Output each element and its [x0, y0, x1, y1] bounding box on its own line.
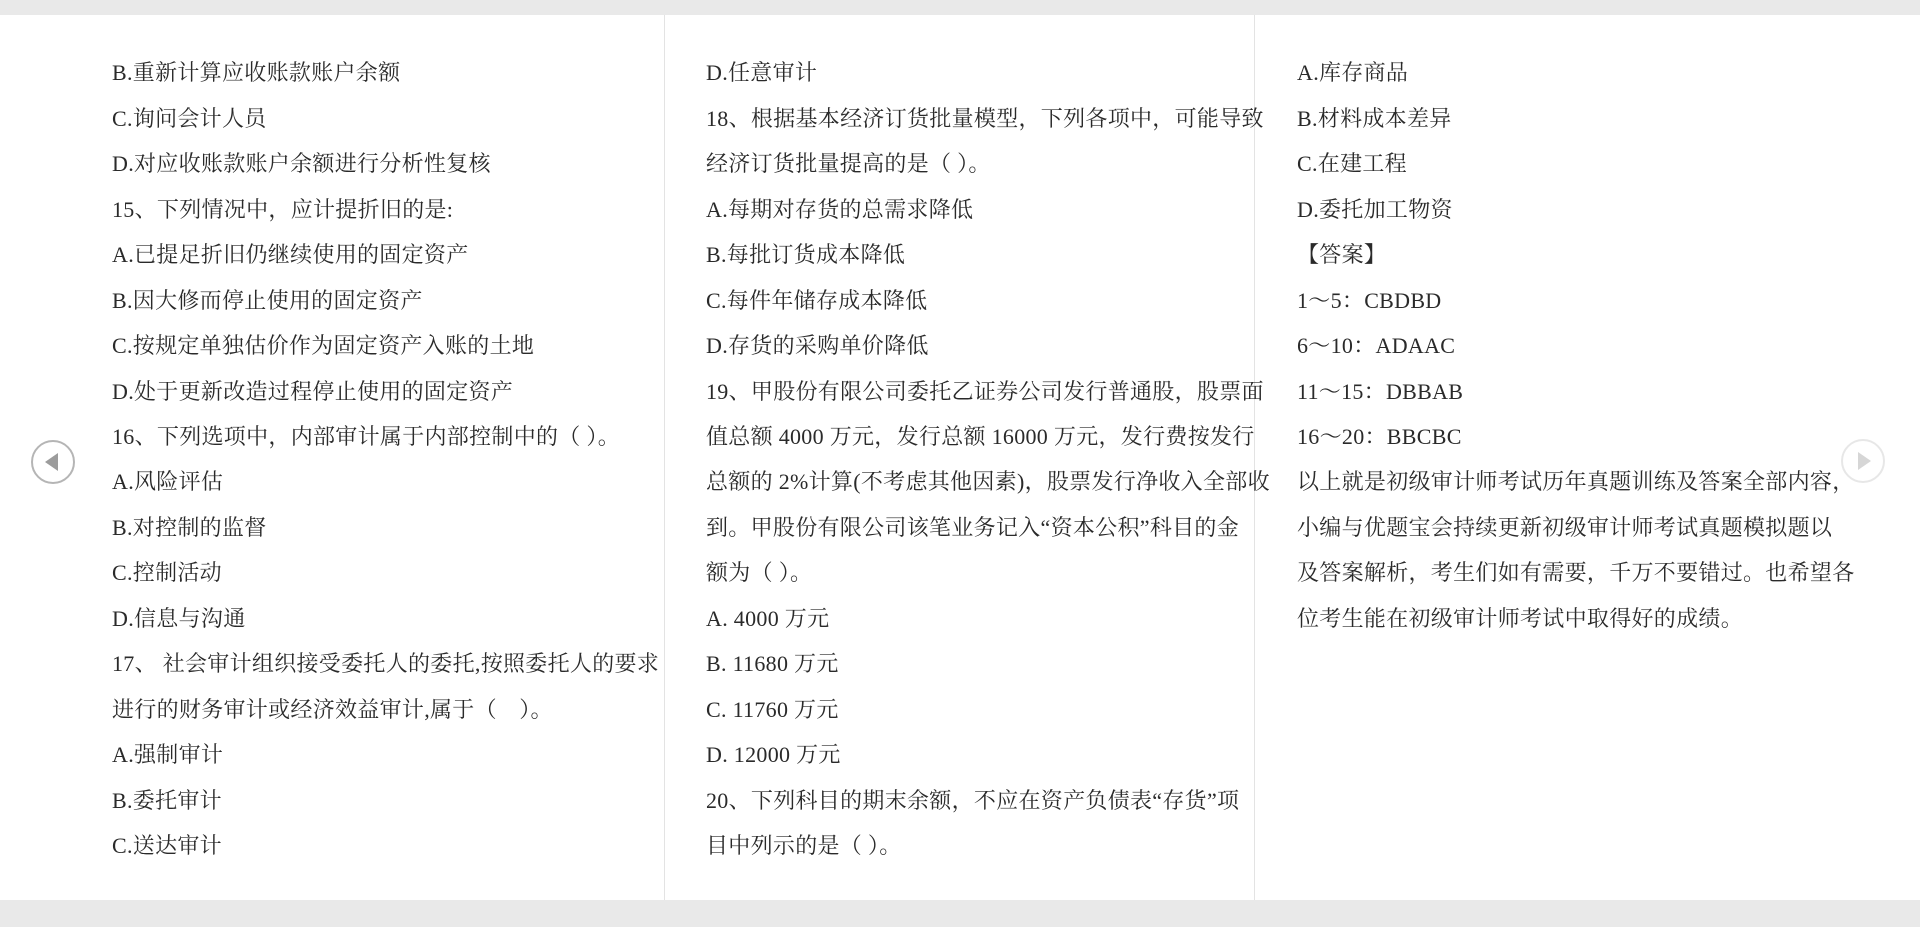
text-line: 11～15：DBBAB	[1297, 367, 1860, 412]
text-line: C.按规定单独估价作为固定资产入账的土地	[112, 322, 664, 367]
text-line: C.在建工程	[1297, 140, 1860, 185]
text-line: 17、 社会审计组织接受委托人的委托,按照委托人的要求	[112, 640, 664, 685]
text-line: 20、下列科目的期末余额，不应在资产负债表“存货”项	[706, 777, 1254, 822]
text-line: 16、下列选项中，内部审计属于内部控制中的（ ）。	[112, 413, 664, 458]
text-line: D.存货的采购单价降低	[706, 322, 1254, 367]
exam-column-2: D.任意审计18、根据基本经济订货批量模型，下列各项中，可能导致经济订货批量提高…	[665, 15, 1255, 900]
text-line: 进行的财务审计或经济效益审计,属于（ ）。	[112, 686, 664, 731]
text-line: B.对控制的监督	[112, 504, 664, 549]
text-line: 及答案解析，考生们如有需要，千万不要错过。也希望各	[1297, 549, 1860, 594]
text-line: B. 11680 万元	[706, 640, 1254, 685]
text-line: 位考生能在初级审计师考试中取得好的成绩。	[1297, 595, 1860, 640]
text-line: A.库存商品	[1297, 49, 1860, 94]
text-line: D.信息与沟通	[112, 595, 664, 640]
text-line: 6～10：ADAAC	[1297, 322, 1860, 367]
prev-page-button[interactable]	[31, 440, 75, 484]
text-line: C.控制活动	[112, 549, 664, 594]
text-line: 1～5：CBDBD	[1297, 276, 1860, 321]
top-bar	[0, 0, 1920, 15]
text-line: D.处于更新改造过程停止使用的固定资产	[112, 367, 664, 412]
exam-column-1: B.重新计算应收账款账户余额C.询问会计人员D.对应收账款账户余额进行分析性复核…	[0, 15, 665, 900]
bottom-bar	[0, 900, 1920, 927]
text-line: D.任意审计	[706, 49, 1254, 94]
text-line: C.询问会计人员	[112, 94, 664, 139]
text-line: 15、下列情况中，应计提折旧的是:	[112, 185, 664, 230]
text-line: D.对应收账款账户余额进行分析性复核	[112, 140, 664, 185]
text-line: C.每件年储存成本降低	[706, 276, 1254, 321]
text-line: B.因大修而停止使用的固定资产	[112, 276, 664, 321]
text-line: C.送达审计	[112, 822, 664, 867]
text-line: 18、根据基本经济订货批量模型，下列各项中，可能导致	[706, 94, 1254, 139]
text-line: 总额的 2%计算(不考虑其他因素)，股票发行净收入全部收	[706, 458, 1254, 503]
text-line: 19、甲股份有限公司委托乙证券公司发行普通股，股票面	[706, 367, 1254, 412]
text-line: B.委托审计	[112, 777, 664, 822]
text-line: B.每批订货成本降低	[706, 231, 1254, 276]
text-line: 到。甲股份有限公司该笔业务记入“资本公积”科目的金	[706, 504, 1254, 549]
text-line: 值总额 4000 万元，发行总额 16000 万元，发行费按发行	[706, 413, 1254, 458]
text-line: 经济订货批量提高的是（ ）。	[706, 140, 1254, 185]
text-line: 16～20：BBCBC	[1297, 413, 1860, 458]
text-line: A.风险评估	[112, 458, 664, 503]
text-line: A. 4000 万元	[706, 595, 1254, 640]
text-line: C. 11760 万元	[706, 686, 1254, 731]
exam-column-3: A.库存商品B.材料成本差异C.在建工程D.委托加工物资【答案】1～5：CBDB…	[1255, 15, 1920, 900]
text-line: 额为（ ）。	[706, 549, 1254, 594]
text-line: A.已提足折旧仍继续使用的固定资产	[112, 231, 664, 276]
right-arrow-icon	[1858, 452, 1871, 470]
text-line: D.委托加工物资	[1297, 185, 1860, 230]
text-line: A.强制审计	[112, 731, 664, 776]
text-line: B.材料成本差异	[1297, 94, 1860, 139]
text-line: A.每期对存货的总需求降低	[706, 185, 1254, 230]
text-line: 目中列示的是（ ）。	[706, 822, 1254, 867]
exam-content: B.重新计算应收账款账户余额C.询问会计人员D.对应收账款账户余额进行分析性复核…	[0, 15, 1920, 900]
left-arrow-icon	[45, 453, 58, 471]
text-line: D. 12000 万元	[706, 731, 1254, 776]
text-line: 【答案】	[1297, 231, 1860, 276]
next-page-button[interactable]	[1841, 439, 1885, 483]
text-line: 以上就是初级审计师考试历年真题训练及答案全部内容，	[1297, 458, 1860, 503]
text-line: 小编与优题宝会持续更新初级审计师考试真题模拟题以	[1297, 504, 1860, 549]
text-line: B.重新计算应收账款账户余额	[112, 49, 664, 94]
